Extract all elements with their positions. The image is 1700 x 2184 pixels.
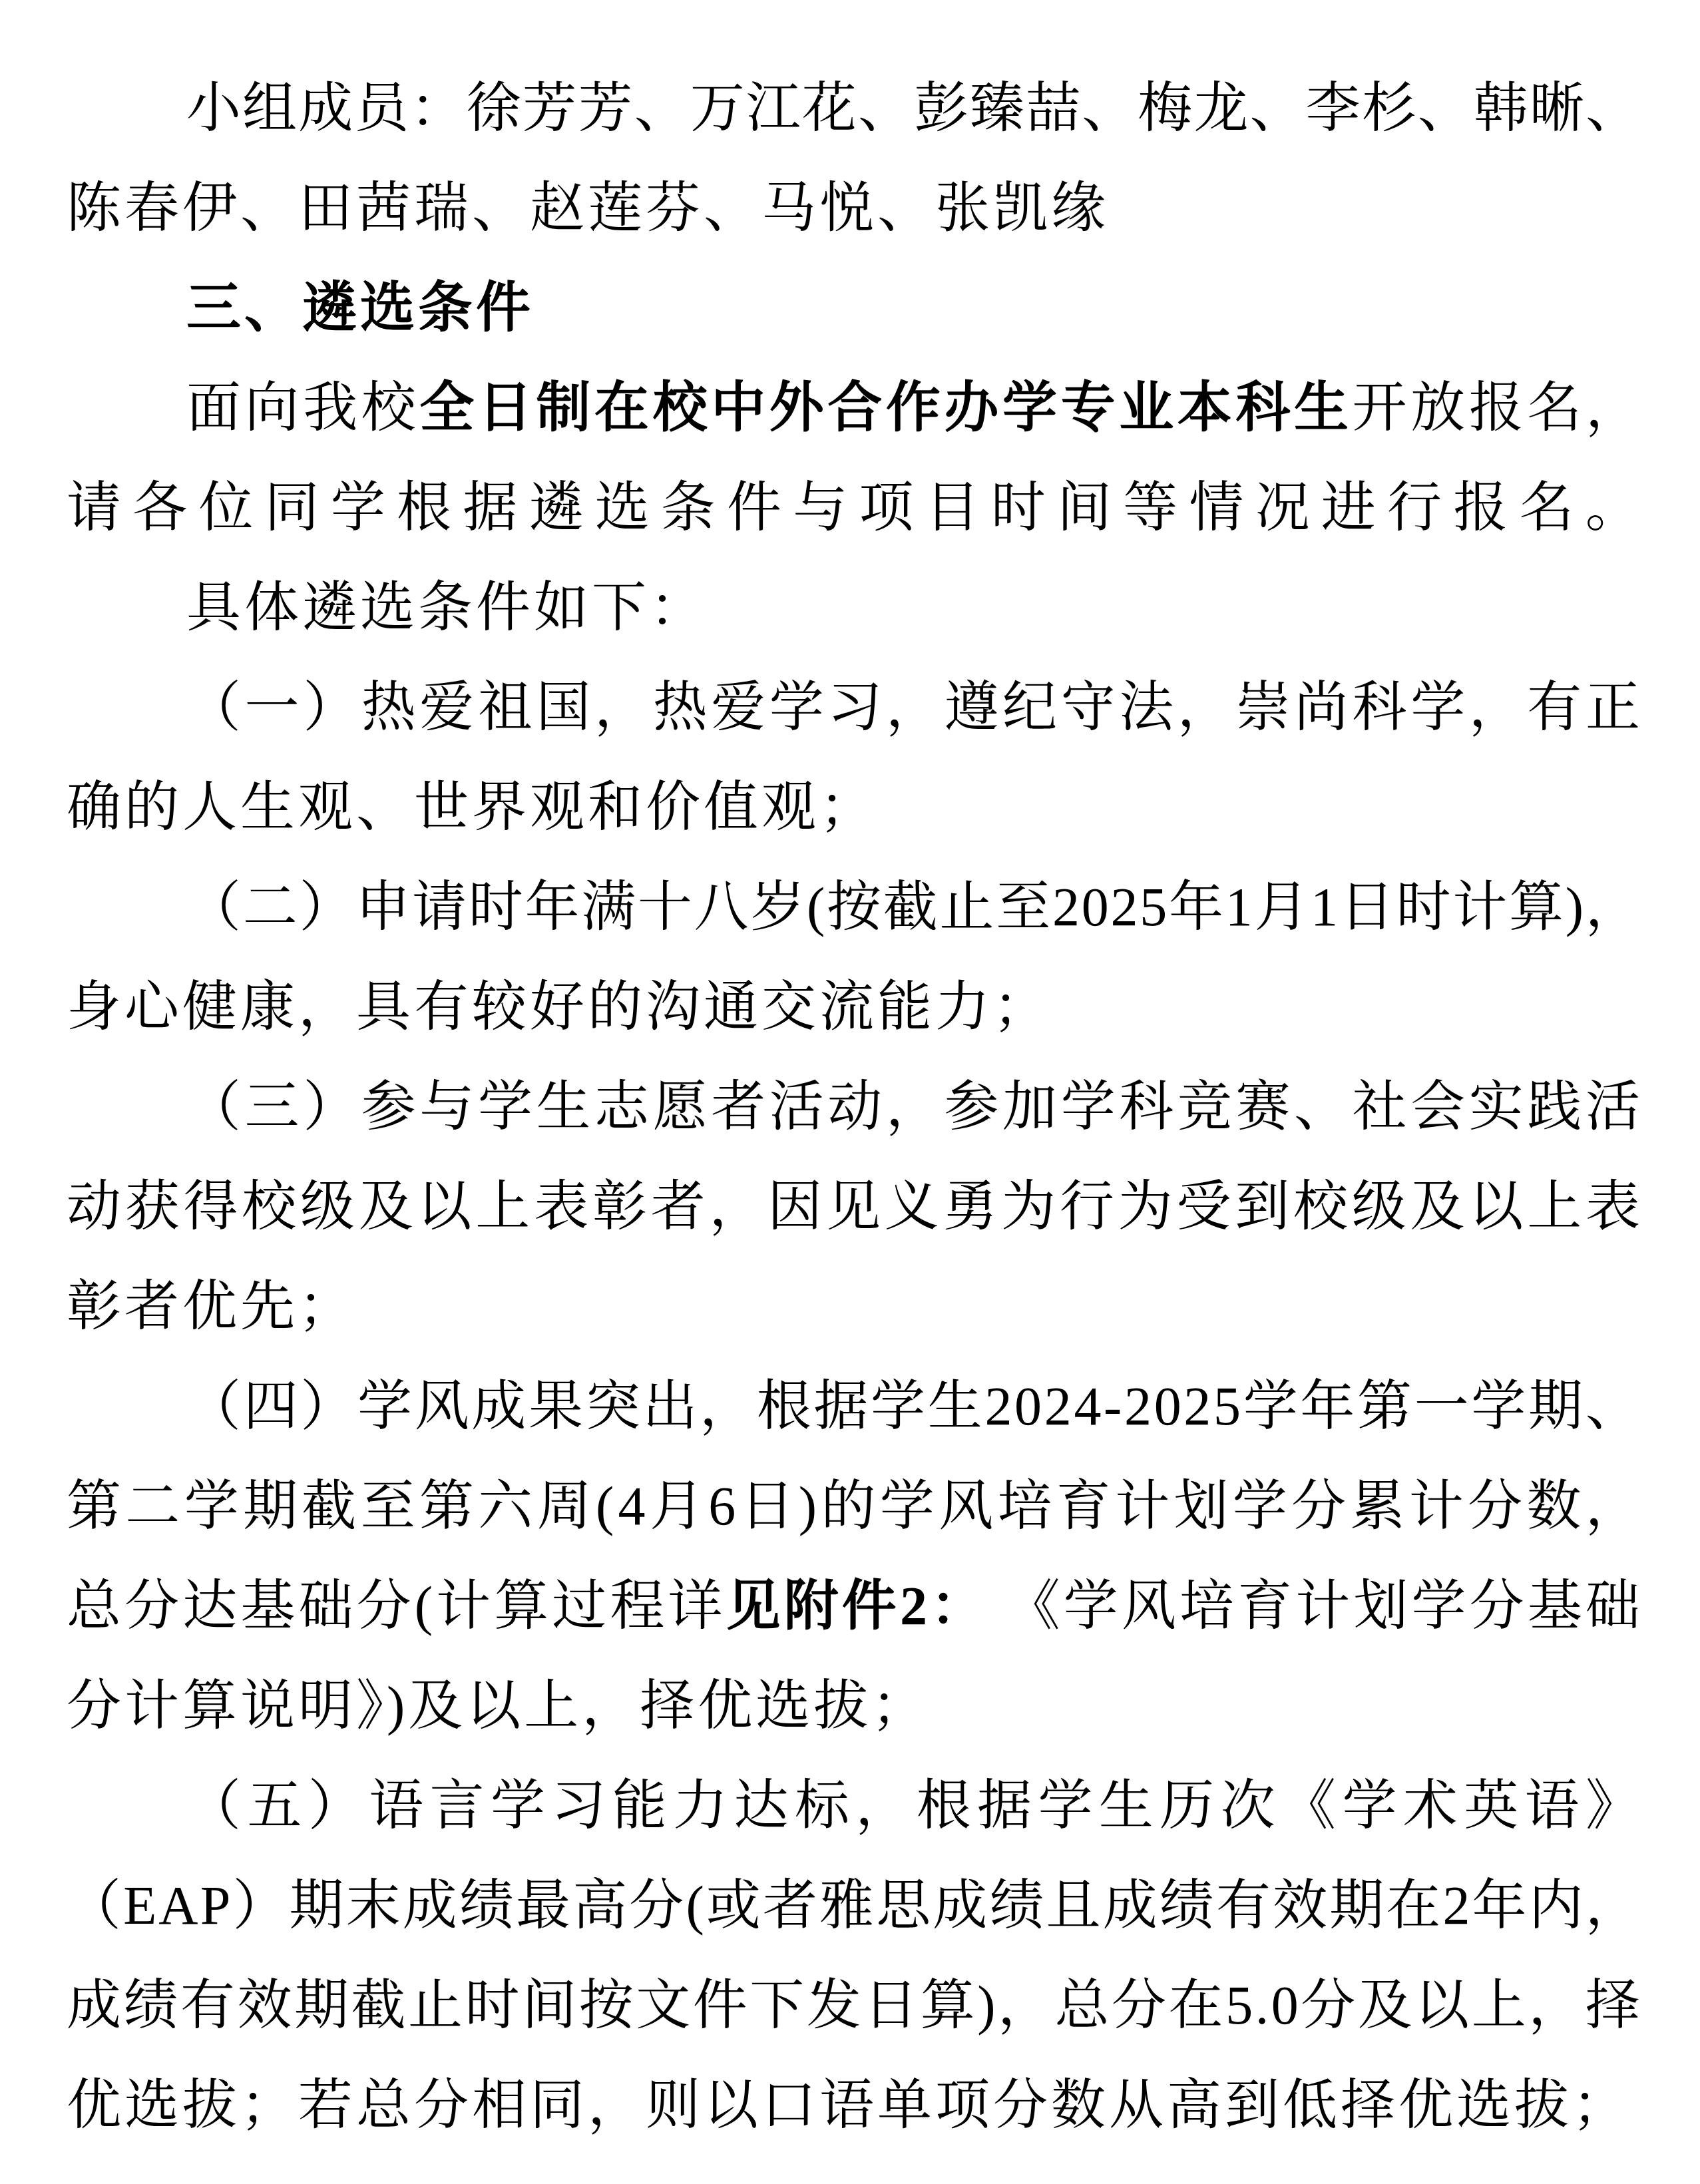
character: 据 [463,458,517,558]
character: 万 [690,59,745,158]
character: 受 [1177,1157,1231,1257]
character: 最 [516,1856,570,1956]
character: 学 [478,1057,532,1157]
character: 2 [1044,1357,1072,1456]
character: 择 [1586,1956,1640,2056]
character: （ [186,658,241,758]
character: 、 [1418,59,1472,158]
character: 、 [1294,1057,1349,1157]
character: 语 [1525,1756,1580,1856]
bold-character: 制 [536,358,590,458]
character: 与 [419,1057,474,1157]
character: 花 [802,59,857,158]
character: 划 [1173,1456,1228,1556]
character: . [1255,1956,1269,2056]
character: 尚 [1294,658,1349,758]
character: 育 [1056,1456,1111,1556]
character: 放 [1410,358,1465,458]
character: ） [303,1057,357,1157]
character: 言 [430,1756,485,1856]
character: 级 [1352,1157,1406,1257]
character: 动 [827,1057,882,1157]
text-line: 身心健康，具有较好的沟通交流能力； [67,957,1640,1057]
character: 程 [610,1556,664,1656]
character: 在 [1169,1956,1223,2056]
character: ， [1586,1856,1640,1956]
character: ， [998,1956,1052,2056]
character: 报 [1469,358,1524,458]
character: 遵 [945,658,999,758]
character: 愿 [653,1057,708,1157]
character: ， [886,1057,941,1157]
text-line: （四）学风成果突出，根据学生2024-2025学年第一学期、 [186,1357,1640,1456]
character: 学 [1233,1456,1287,1556]
bold-character: 件 [842,1556,897,1656]
character: 杉 [1362,59,1416,158]
character: 的 [821,1456,875,1556]
character: ） [232,1856,287,1956]
text-line: 优选拔；若总分相同，则以口语单项分数从高到低择优选拔； [67,2056,1640,2155]
character: 、 [1249,59,1304,158]
character: 高 [572,1856,627,1956]
character: 以 [1468,1157,1523,1257]
character: ， [1469,658,1524,758]
text-line: （五）语言学习能力达标，根据学生历次《学术英语》 [186,1756,1640,1856]
character: ： [410,59,465,158]
character: 热 [653,658,708,758]
character: 生 [536,1057,590,1157]
character: ( [415,1556,433,1656]
character: 国 [536,658,590,758]
character: 、 [858,59,913,158]
character: 申 [355,857,410,957]
bold-character: 见 [726,1556,781,1656]
character: （ [186,857,241,957]
bold-character: 办 [945,358,999,458]
character: 况 [1255,458,1310,558]
character: 达 [182,1556,237,1656]
character: 生 [928,1357,982,1456]
character: 勇 [943,1157,997,1257]
text-line: 动获得校级及以上表彰者，因见义勇为行为受到校级及以上表 [67,1157,1640,1257]
character: 二 [125,1456,180,1556]
character: 按 [579,1956,634,2056]
character: 历 [1160,1756,1214,1856]
character: 至 [361,1456,415,1556]
character: 以 [1414,1956,1469,2056]
character: 绩 [989,1856,1044,1956]
character: 正 [1586,658,1640,758]
character: 间 [1057,458,1112,558]
character: 基 [240,1556,295,1656]
character: 年 [1300,1357,1355,1456]
character: 第 [1357,1357,1412,1456]
character: 总 [67,1556,121,1656]
text-line: 彰者优先； [67,1257,1640,1357]
character: 者 [651,1157,706,1257]
character: 月 [1254,857,1309,957]
character: 《 [1006,1556,1060,1656]
character: 成 [298,59,353,158]
character: 件 [727,458,781,558]
character: 时 [465,1956,520,2056]
character: 期 [294,1956,349,2056]
character: 据 [813,1357,868,1456]
character: 期 [290,1856,344,1956]
character: 分 [1291,1456,1346,1556]
character: 有 [1216,1856,1271,1956]
character: 2 [1442,1856,1470,1956]
text-segment: 彰者优先； [67,1276,356,1337]
bold-character: 专 [1061,358,1116,458]
character: 内 [1529,1856,1584,1956]
text-line: 确的人生观、世界观和价值观； [67,758,1640,857]
character: 学 [1243,1357,1298,1456]
character: 以 [417,1157,472,1257]
character: 及 [359,1157,413,1257]
character: 纪 [1002,658,1057,758]
character: 学 [357,1357,412,1456]
character: 上 [475,1157,530,1257]
character: 选 [595,458,650,558]
character: 项 [859,458,913,558]
character: 学 [769,658,824,758]
character: 算 [1509,857,1564,957]
character: 》 [1586,1756,1640,1856]
text-line: （一）热爱祖国，热爱学习，遵纪守法，崇尚科学，有正 [186,658,1640,758]
character: ， [700,1357,754,1456]
character: 《 [1281,1756,1336,1856]
character: 算 [921,1956,975,2056]
character: 加 [1002,1057,1057,1157]
character: 文 [636,1956,690,2056]
character: 间 [522,1956,576,2056]
text-line: 具体遴选条件如下： [186,558,1640,658]
character: 风 [1122,1556,1176,1656]
character: 行 [1387,458,1442,558]
bold-character: 外 [769,358,824,458]
character: 基 [1528,1556,1582,1656]
character: 标 [795,1756,849,1856]
character: ， [1586,857,1640,957]
character: 员 [354,59,409,158]
character: 月 [650,1456,704,1556]
section-heading: 三、遴选条件 [186,258,1640,358]
text-line: 请各位同学根据遴选条件与项目时间等情况进行报名。 [67,458,1640,558]
character: 校 [361,358,416,458]
character: 2 [1110,857,1138,957]
character: 科 [1353,658,1407,758]
character: ) [1566,857,1584,957]
character: 、 [634,59,689,158]
character: 社 [1353,1057,1407,1157]
character: 、 [1586,59,1640,158]
character: 成 [933,1856,987,1956]
character: 算 [494,1556,548,1656]
character: 条 [661,458,716,558]
character: （ [186,1057,241,1157]
character: 0 [1271,1956,1299,2056]
character: 彰 [592,1157,647,1257]
character: 名 [1527,358,1582,458]
character: 六 [478,1456,532,1556]
character: 按 [827,857,881,957]
character: 达 [734,1756,789,1856]
document-body: 小组成员：徐芳芳、万江花、彭臻喆、梅龙、李杉、韩晰、陈春伊、田茜瑞、赵莲芬、马悦… [67,59,1640,2155]
character: 培 [997,1456,1052,1556]
character: ） [299,857,353,957]
character: 校 [1293,1157,1348,1257]
text-segment: 具体遴选条件如下： [186,577,708,638]
text-segment: 身心健康，具有较好的沟通交流能力； [67,977,1051,1037]
character: - [1104,1357,1122,1456]
character: 徐 [466,59,521,158]
character: 学 [331,458,385,558]
character: 6 [708,1456,736,1556]
character: 计 [1409,1456,1464,1556]
character: 下 [749,1956,804,2056]
character: 。 [1586,458,1640,558]
character: 法 [1119,658,1173,758]
character: ( [686,1856,704,1956]
character: 芳 [578,59,633,158]
character: 芳 [522,59,576,158]
character: 础 [298,1556,353,1656]
character: 学 [1410,658,1465,758]
character: 臻 [970,59,1024,158]
character: 一 [245,658,300,758]
character: 末 [346,1856,401,1956]
character: 日 [740,1456,795,1556]
character: 与 [793,458,847,558]
character: 上 [1472,1956,1526,2056]
character: 突 [586,1357,640,1456]
character: 能 [612,1756,667,1856]
bold-character: 业 [1119,358,1173,458]
character: 级 [300,1157,355,1257]
character: ） [303,658,357,758]
character: ， [855,1756,910,1856]
character: ） [308,1756,363,1856]
character: 三 [245,1057,300,1157]
character: 英 [1464,1756,1518,1856]
character: 等 [1123,458,1177,558]
character: 有 [180,1956,235,2056]
bold-character: 在 [594,358,649,458]
character: 参 [945,1057,999,1157]
character: 效 [238,1956,292,2056]
character: 实 [1469,1057,1524,1157]
character: 发 [807,1956,861,2056]
character: 至 [996,857,1050,957]
character: 名 [1519,458,1574,558]
character: 划 [1353,1556,1408,1656]
character: 学 [1064,1556,1118,1656]
bold-character: 本 [1177,358,1232,458]
character: 崇 [1235,658,1290,758]
character: 到 [1235,1157,1289,1257]
character: 计 [1115,1456,1169,1556]
character: 进 [1321,458,1376,558]
character: 5 [1225,1956,1253,2056]
character: 2 [984,1357,1012,1456]
character: 彭 [914,59,968,158]
character: 截 [302,1456,356,1556]
character: 0 [1014,1357,1042,1456]
character: ( [807,857,825,957]
bold-character: 日 [478,358,532,458]
character: 八 [694,857,749,957]
character: 学 [184,1456,239,1556]
character: 成 [403,1856,457,1956]
character: 践 [1527,1057,1582,1157]
character: 分 [357,1556,411,1656]
character: （ [186,1357,241,1456]
character: 小 [186,59,241,158]
character: 根 [917,1756,971,1856]
character: 表 [534,1157,588,1257]
character: 生 [1099,1756,1154,1856]
character: 者 [763,1856,817,1956]
character: 报 [1453,458,1508,558]
bold-character: ： [931,1556,985,1656]
character: 期 [1528,1357,1583,1456]
text-segment: 分计算说明》)及以上，择优选拔； [67,1675,929,1736]
text-line: （二）申请时年满十八岁(按截止至2025年1月1日时计算)， [186,857,1640,957]
character: 行 [1060,1157,1114,1257]
character: ， [1586,1456,1640,1556]
character: 2 [1052,857,1080,957]
character: 4 [1074,1357,1101,1456]
bold-character: 附 [784,1556,839,1656]
character: 同 [265,458,319,558]
character: P [200,1856,231,1956]
character: 开 [1353,358,1407,458]
character: ， [594,658,649,758]
character: （ [186,1756,241,1856]
character: 截 [351,1956,406,2056]
character: 5 [1140,857,1167,957]
character: 四 [244,1357,298,1456]
character: 上 [1527,1157,1582,1257]
character: 日 [863,1956,918,2056]
character: 时 [991,458,1046,558]
text-segment: 优选拔；若总分相同，则以口语单项分数从高到低择优选拔； [67,2075,1630,2135]
character: 时 [1396,857,1451,957]
character: 、 [1586,1357,1640,1456]
character: 时 [469,857,523,957]
character: 李 [1306,59,1361,158]
character: 年 [1472,1856,1527,1956]
character: 日 [1340,857,1394,957]
character: 计 [436,1556,491,1656]
bold-character: 学 [1002,358,1057,458]
character: 面 [186,358,241,458]
character: 2 [1124,1357,1152,1456]
character: ) [799,1456,817,1556]
character: 表 [1586,1157,1640,1257]
character: 绩 [1160,1856,1214,1956]
character: 江 [746,59,801,158]
character: 习 [551,1756,606,1856]
character: ， [1586,358,1640,458]
character: 、 [1082,59,1136,158]
character: 分 [1301,1956,1355,2056]
character: 韩 [1474,59,1528,158]
character: 5 [1213,1357,1241,1456]
character: 第 [419,1456,474,1556]
text-line: 总分达基础分(计算过程详见附件2： 《学风培育计划学分基础 [67,1556,1640,1656]
character: 守 [1061,658,1116,758]
text-line: 小组成员：徐芳芳、万江花、彭臻喆、梅龙、李杉、韩晰、 [186,59,1640,158]
character: 赛 [1235,1057,1290,1157]
character: 祖 [478,658,532,758]
bold-character: 科 [1235,358,1290,458]
character: 得 [184,1157,238,1257]
bold-character: 全 [419,358,474,458]
text-line: （三）参与学生志愿者活动，参加学科竞赛、社会实践活 [186,1057,1640,1157]
character: 计 [1295,1556,1350,1656]
character: 累 [1350,1456,1404,1556]
character: 各 [132,458,187,558]
character: 岁 [750,857,805,957]
character: 及 [1358,1956,1412,2056]
bold-character: 作 [886,358,941,458]
character: 育 [1237,1556,1292,1656]
character: 二 [243,857,298,957]
text-line: （EAP）期末成绩最高分(或者雅思成绩且成绩有效期在2年内， [67,1856,1640,1956]
character: 分 [1112,1956,1166,2056]
character: 根 [757,1357,811,1456]
character: 为 [1001,1157,1056,1257]
character: 动 [67,1157,121,1257]
character: 风 [415,1357,469,1456]
character: 获 [125,1157,180,1257]
character: 情 [1189,458,1243,558]
character: 分 [1470,1556,1524,1656]
character: 喆 [1026,59,1080,158]
character: 分 [629,1856,684,1956]
character: 学 [491,1756,545,1856]
character: 详 [668,1556,723,1656]
character: 1 [1225,857,1253,957]
character: 义 [885,1157,939,1257]
character: 止 [408,1956,463,2056]
character: 学 [871,1357,925,1456]
character: 或 [706,1856,761,1956]
character: 0 [1082,857,1109,957]
character: 学 [1038,1756,1092,1856]
character: 竞 [1177,1057,1232,1157]
character: 2 [1183,1357,1211,1456]
character: ， [886,658,941,758]
character: 梅 [1138,59,1192,158]
character: 晰 [1530,59,1584,158]
character: 力 [673,1756,728,1856]
character: 绩 [124,1956,178,2056]
character: 绩 [459,1856,514,1956]
character: 据 [977,1756,1032,1856]
character: 出 [642,1357,697,1456]
character: 计 [1452,857,1507,957]
character: 数 [1526,1456,1581,1556]
bold-character: 2 [900,1556,927,1656]
character: 活 [769,1057,824,1157]
character: 效 [1273,1856,1327,1956]
character: 截 [883,857,938,957]
character: 年 [525,857,579,957]
character: ， [709,1157,763,1257]
